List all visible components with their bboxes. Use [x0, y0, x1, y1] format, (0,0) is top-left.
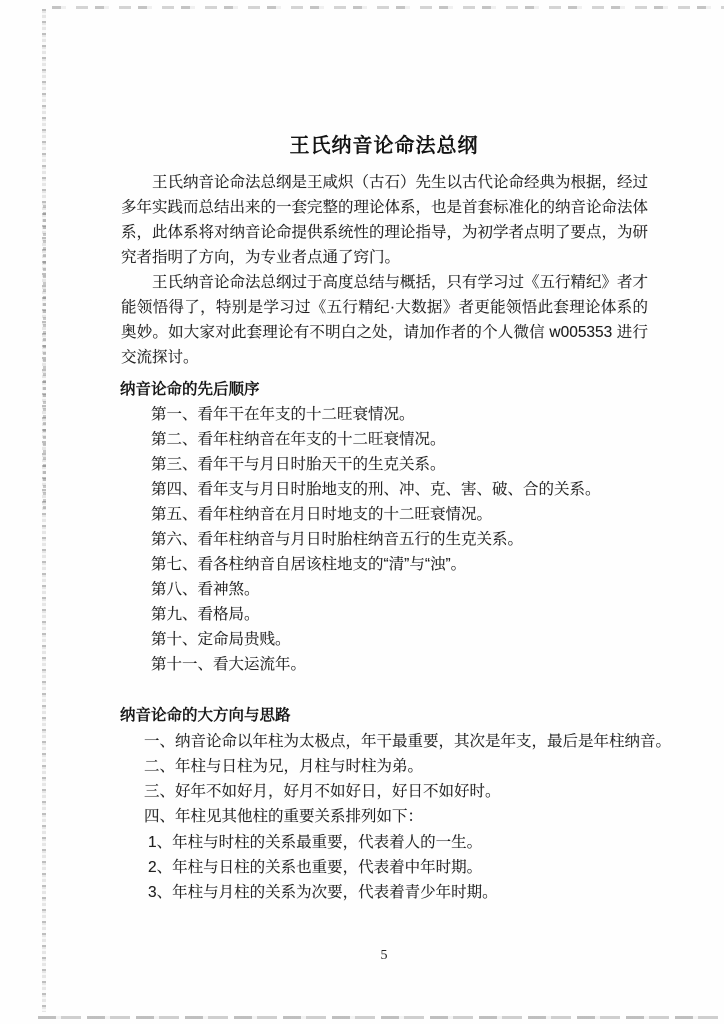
binding-edge-artifact-dark [43, 205, 46, 510]
list-item: 第二、看年柱纳音在年支的十二旺衰情况。 [121, 427, 666, 452]
list-item: 第一、看年干在年支的十二旺衰情况。 [121, 402, 666, 427]
list-item: 第六、看年柱纳音与月日时胎柱纳音五行的生克关系。 [121, 527, 666, 552]
page-number: 5 [120, 948, 648, 964]
scan-edge-bottom-artifact [38, 1016, 724, 1019]
list-item: 2、年柱与日柱的关系也重要，代表着中年时期。 [121, 855, 666, 880]
list-item: 第八、看神煞。 [121, 577, 666, 602]
list-item: 第七、看各柱纳音自居该柱地支的“清”与“浊”。 [121, 552, 666, 577]
list-item: 第十、定命局贵贱。 [121, 627, 666, 652]
binding-edge-artifact [42, 9, 46, 1012]
intro-paragraph-2: 王氏纳音论命法总纲过于高度总结与概括，只有学习过《五行精纪》者才能领悟得了，特别… [121, 270, 648, 370]
list-item: 1、年柱与时柱的关系最重要，代表着人的一生。 [121, 830, 666, 855]
ordered-steps-list: 第一、看年干在年支的十二旺衰情况。 第二、看年柱纳音在年支的十二旺衰情况。 第三… [121, 402, 666, 677]
list-item: 三、好年不如好月，好月不如好日，好日不如好时。 [121, 779, 666, 804]
intro-paragraph-1: 王氏纳音论命法总纲是王咸炽（古石）先生以古代论命经典为根据，经过多年实践而总结出… [121, 170, 648, 270]
list-item: 一、纳音论命以年柱为太极点，年干最重要，其次是年支，最后是年柱纳音。 [121, 729, 666, 754]
list-item: 第九、看格局。 [121, 602, 666, 627]
list-item: 第三、看年干与月日时胎天干的生克关系。 [121, 452, 666, 477]
list-item: 3、年柱与月柱的关系为次要，代表着青少年时期。 [121, 880, 666, 905]
list-item: 第五、看年柱纳音在月日时地支的十二旺衰情况。 [121, 502, 666, 527]
list-item: 第十一、看大运流年。 [121, 652, 666, 677]
scanned-document-page: 王氏纳音论命法总纲 王氏纳音论命法总纲是王咸炽（古石）先生以古代论命经典为根据，… [0, 0, 724, 1024]
list-item: 二、年柱与日柱为兄，月柱与时柱为弟。 [121, 754, 666, 779]
scan-edge-top-artifact [52, 6, 724, 9]
document-title: 王氏纳音论命法总纲 [120, 129, 648, 158]
pillar-relations-sublist: 1、年柱与时柱的关系最重要，代表着人的一生。 2、年柱与日柱的关系也重要，代表着… [121, 830, 666, 905]
list-item: 第四、看年支与月日时胎地支的刑、冲、克、害、破、合的关系。 [121, 477, 666, 502]
principles-list: 一、纳音论命以年柱为太极点，年干最重要，其次是年支，最后是年柱纳音。 二、年柱与… [121, 729, 666, 829]
section-heading-order: 纳音论命的先后顺序 [120, 377, 648, 402]
section-heading-direction: 纳音论命的大方向与思路 [120, 703, 648, 728]
list-item: 四、年柱见其他柱的重要关系排列如下： [121, 804, 666, 829]
